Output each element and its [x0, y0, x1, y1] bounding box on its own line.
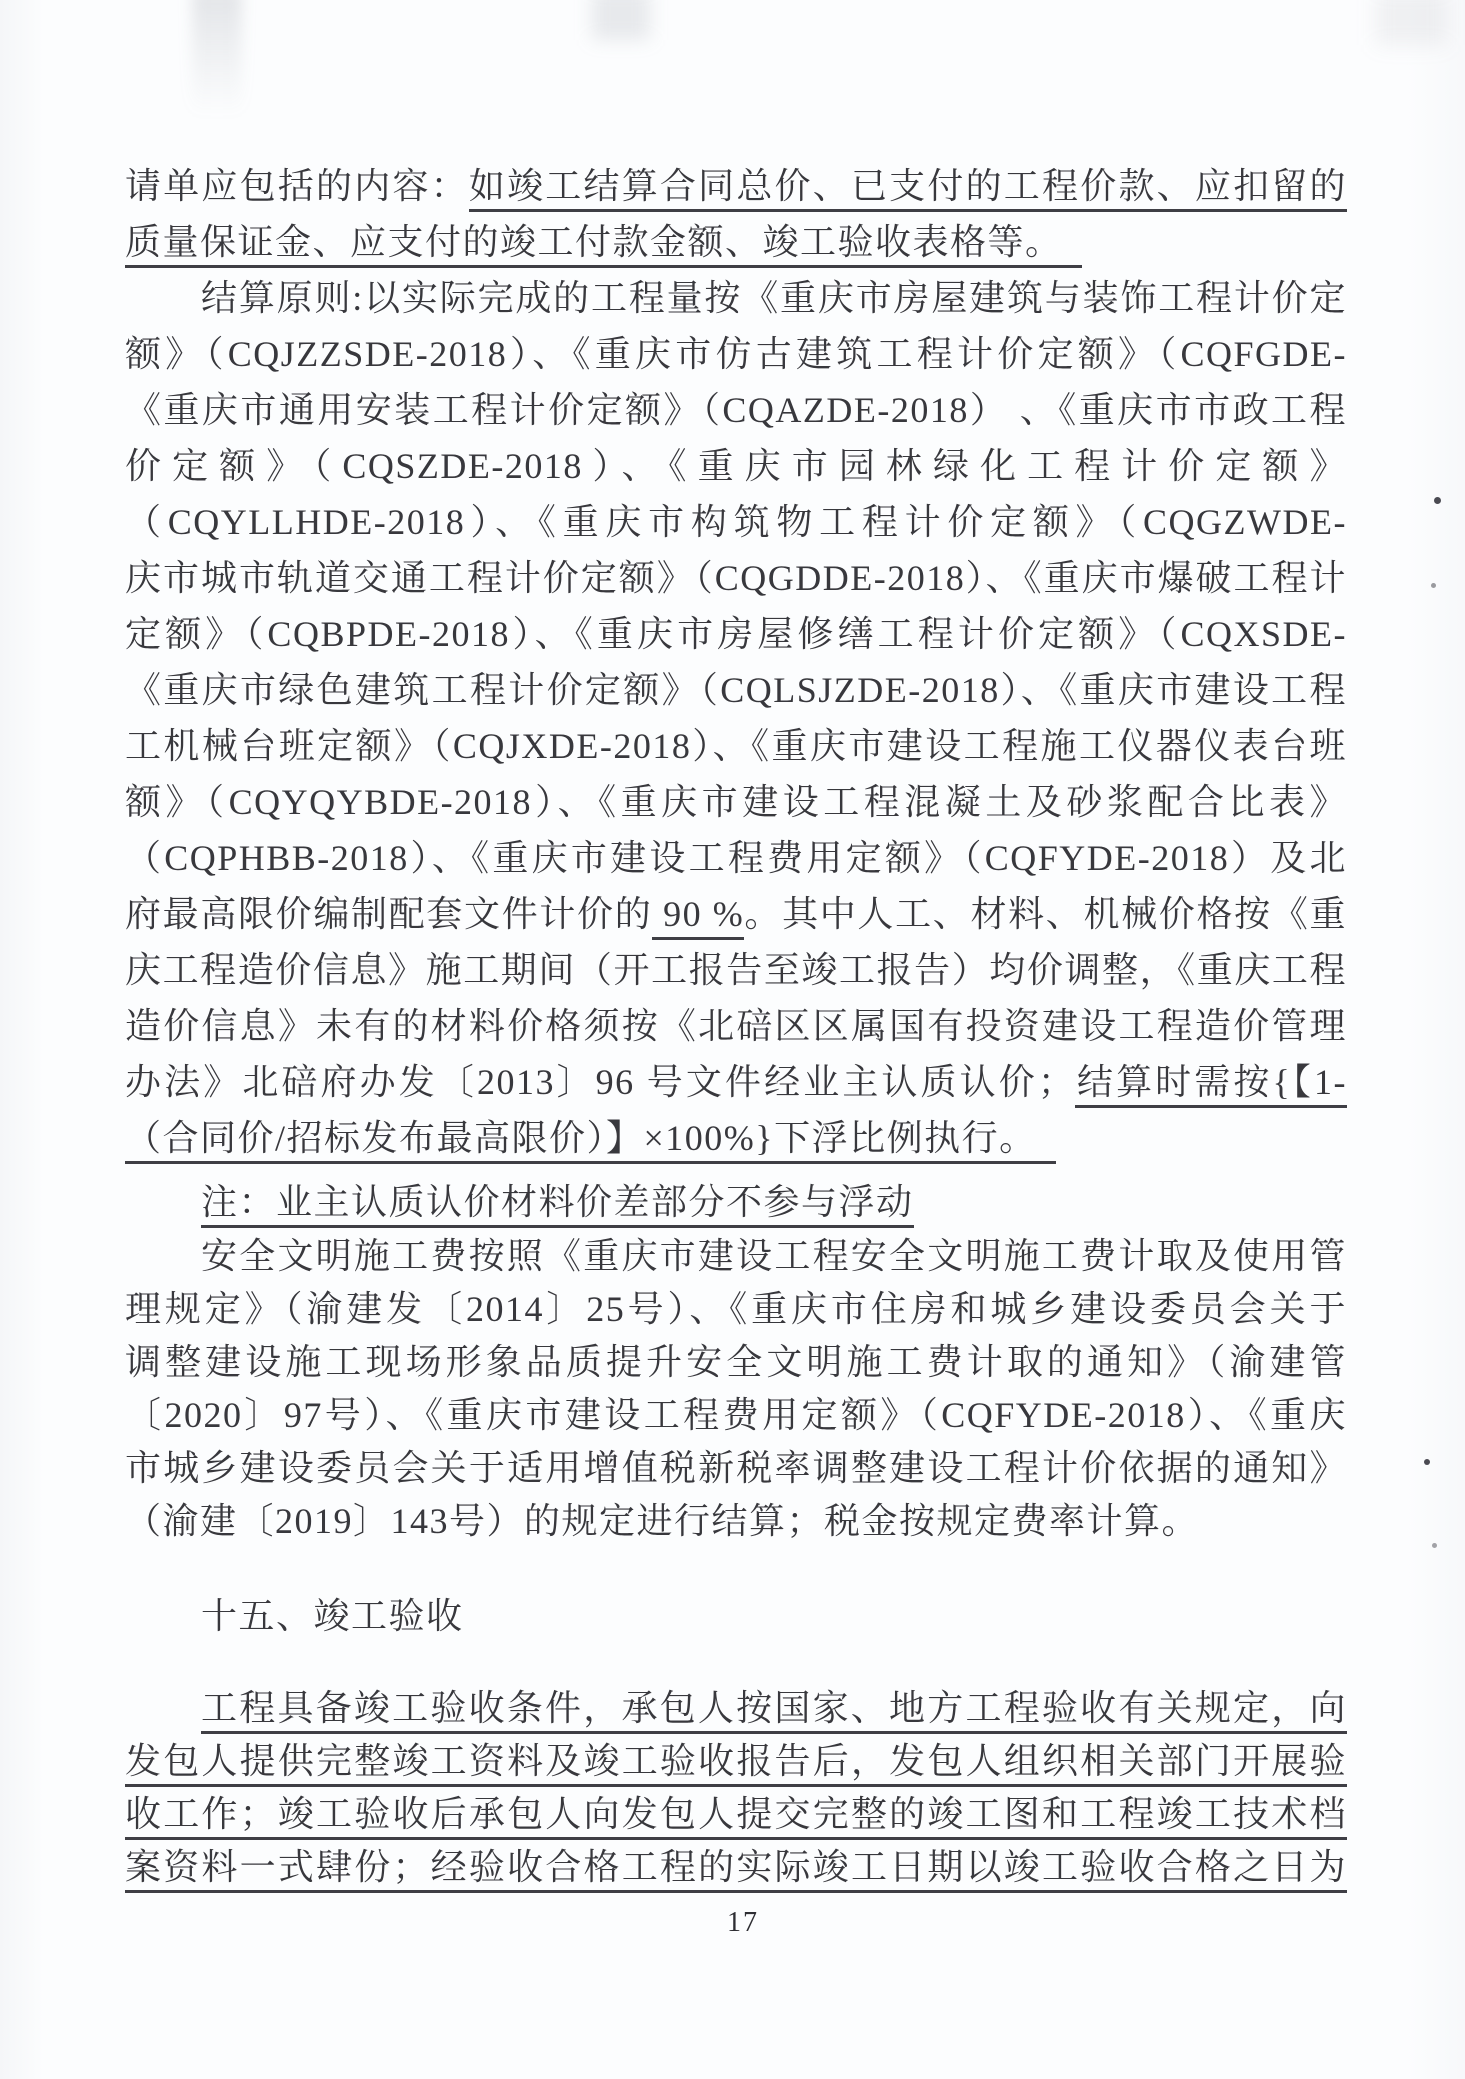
scan-smudge [1376, 0, 1446, 45]
text-line: 庆市城市轨道交通工程计价定额》（CQGDDE-2018）、《重庆市爆破工程计价 [125, 550, 1347, 606]
para-safety-fee: 安全文明施工费按照《重庆市建设工程安全文明施工费计取及使用管理规定》（渝建发〔2… [125, 1230, 1347, 1548]
text-line: 十五、竣工验收 [125, 1588, 1347, 1644]
underlined-text-segment: 案资料一式肆份；经验收合格工程的实际竣工日期以竣工验收合格之日为 [125, 1847, 1347, 1893]
text-line: 收工作；竣工验收后承包人向发包人提交完整的竣工图和工程竣工技术档 [125, 1788, 1347, 1841]
text-segment: 十五、竣工验收 [201, 1596, 464, 1636]
text-segment: 府最高限价编制配套文件计价的 [125, 894, 652, 934]
section-heading: 十五、竣工验收 [125, 1588, 1347, 1644]
text-segment: 庆市城市轨道交通工程计价定额》（CQGDDE-2018）、《重庆市爆破工程计价 [125, 558, 1347, 606]
scanned-document-page: 请单应包括的内容：如竣工结算合同总价、已支付的工程价款、应扣留的质量保证金、应支… [0, 0, 1465, 2079]
text-segment: 请单应包括的内容： [125, 166, 469, 206]
text-segment: 安全文明施工费按照《重庆市建设工程安全文明施工费计取及使用管 [201, 1236, 1347, 1276]
text-line: 〔2020〕97号）、《重庆市建设工程费用定额》（CQFYDE-2018）、《重… [125, 1389, 1347, 1442]
text-line: （CQYLLHDE-2018）、《重庆市构筑物工程计价定额》（CQGZWDE-2… [125, 494, 1347, 550]
text-line: 额》（CQYQYBDE-2018）、《重庆市建设工程混凝土及砂浆配合比表》 [125, 774, 1347, 830]
underlined-text-segment: 90 % [652, 894, 744, 940]
text-segment: 市城乡建设委员会关于适用增值税新税率调整建设工程计价依据的通知》 [125, 1448, 1347, 1488]
underlined-text-segment: 注：业主认质认价材料价差部分不参与浮动 [201, 1182, 914, 1228]
text-line: 安全文明施工费按照《重庆市建设工程安全文明施工费计取及使用管 [125, 1230, 1347, 1283]
text-segment: 〔2020〕97号）、《重庆市建设工程费用定额》（CQFYDE-2018）、《重… [125, 1395, 1347, 1435]
text-segment: 理规定》（渝建发〔2014〕25号）、《重庆市住房和城乡建设委员会关于 [125, 1289, 1347, 1329]
page-number: 17 [125, 1906, 1347, 1940]
underlined-text-segment: 如竣工结算合同总价、已支付的工程价款、应扣留的 [469, 166, 1347, 212]
text-line: 结算原则:以实际完成的工程量按《重庆市房屋建筑与装饰工程计价定 [125, 270, 1347, 326]
text-line: 注：业主认质认价材料价差部分不参与浮动 [125, 1174, 1347, 1230]
text-line: 理规定》（渝建发〔2014〕25号）、《重庆市住房和城乡建设委员会关于 [125, 1283, 1347, 1336]
text-line: 庆工程造价信息》施工期间（开工报告至竣工报告）均价调整，《重庆工程 [125, 942, 1347, 998]
note-price-adjustment: 注：业主认质认价材料价差部分不参与浮动 [125, 1174, 1347, 1230]
scan-speck [1432, 1543, 1437, 1548]
text-line: 发包人提供完整竣工资料及竣工验收报告后，发包人组织相关部门开展验 [125, 1735, 1347, 1788]
underlined-text-segment: （合同价/招标发布最高限价）】×100%}下浮比例执行。 [125, 1118, 1056, 1164]
para-invoice-content: 请单应包括的内容：如竣工结算合同总价、已支付的工程价款、应扣留的质量保证金、应支… [125, 158, 1347, 270]
underlined-text-segment: 工程具备竣工验收条件，承包人按国家、地方工程验收有关规定，向 [201, 1688, 1347, 1734]
text-line: 造价信息》未有的材料价格须按《北碚区区属国有投资建设工程造价管理 [125, 998, 1347, 1054]
scan-speck [1434, 497, 1441, 504]
underlined-text-segment: 收工作；竣工验收后承包人向发包人提交完整的竣工图和工程竣工技术档 [125, 1794, 1347, 1840]
text-line: 工机械台班定额》（CQJXDE-2018）、《重庆市建设工程施工仪器仪表台班定 [125, 718, 1347, 774]
text-segment: （渝建〔2019〕143号）的规定进行结算；税金按规定费率计算。 [125, 1501, 1199, 1541]
text-line: 质量保证金、应支付的竣工付款金额、竣工验收表格等。 [125, 214, 1347, 270]
text-segment: 工机械台班定额》（CQJXDE-2018）、《重庆市建设工程施工仪器仪表台班定 [125, 726, 1347, 774]
text-segment: （CQPHBB-2018）、《重庆市建设工程费用定额》（CQFYDE-2018）… [125, 838, 1347, 886]
text-line: 《重庆市绿色建筑工程计价定额》（CQLSJZDE-2018）、《重庆市建设工程施 [125, 662, 1347, 718]
text-segment: 庆工程造价信息》施工期间（开工报告至竣工报告）均价调整，《重庆工程 [125, 950, 1347, 990]
para-settlement-principles: 结算原则:以实际完成的工程量按《重庆市房屋建筑与装饰工程计价定额》（CQJZZS… [125, 270, 1347, 1166]
text-line: 定额》（CQBPDE-2018）、《重庆市房屋修缮工程计价定额》（CQXSDE-… [125, 606, 1347, 662]
text-segment: 《重庆市通用安装工程计价定额》（CQAZDE-2018） 、《重庆市市政工程计 [125, 390, 1347, 438]
text-segment: 额》（CQJZZSDE-2018）、《重庆市仿古建筑工程计价定额》（CQFGDE… [125, 334, 1347, 382]
text-segment: 《重庆市绿色建筑工程计价定额》（CQLSJZDE-2018）、《重庆市建设工程施 [125, 670, 1347, 718]
text-segment: 结算原则:以实际完成的工程量按《重庆市房屋建筑与装饰工程计价定 [201, 278, 1347, 318]
text-line: 府最高限价编制配套文件计价的 90 %。其中人工、材料、机械价格按《重 [125, 886, 1347, 942]
text-line: 额》（CQJZZSDE-2018）、《重庆市仿古建筑工程计价定额》（CQFGDE… [125, 326, 1347, 382]
text-segment: 价定额》（CQSZDE-2018）、《重庆市园林绿化工程计价定额》 [125, 446, 1347, 486]
text-line: 工程具备竣工验收条件，承包人按国家、地方工程验收有关规定，向 [125, 1682, 1347, 1735]
underlined-text-segment: 质量保证金、应支付的竣工付款金额、竣工验收表格等。 [125, 222, 1082, 268]
text-segment: 办法》北碚府办发〔2013〕96 号文件经业主认质认价； [125, 1062, 1075, 1102]
text-line: 市城乡建设委员会关于适用增值税新税率调整建设工程计价依据的通知》 [125, 1442, 1347, 1495]
text-line: 价定额》（CQSZDE-2018）、《重庆市园林绿化工程计价定额》 [125, 438, 1347, 494]
text-line: 办法》北碚府办发〔2013〕96 号文件经业主认质认价；结算时需按{【1- [125, 1054, 1347, 1110]
text-segment: （CQYLLHDE-2018）、《重庆市构筑物工程计价定额》（CQGZWDE-2… [125, 502, 1347, 550]
text-segment: 。其中人工、材料、机械价格按《重 [744, 894, 1347, 934]
text-line: 案资料一式肆份；经验收合格工程的实际竣工日期以竣工验收合格之日为 [125, 1841, 1347, 1894]
document-body: 请单应包括的内容：如竣工结算合同总价、已支付的工程价款、应扣留的质量保证金、应支… [125, 0, 1347, 1940]
text-line: 请单应包括的内容：如竣工结算合同总价、已支付的工程价款、应扣留的 [125, 158, 1347, 214]
text-line: （渝建〔2019〕143号）的规定进行结算；税金按规定费率计算。 [125, 1495, 1347, 1548]
text-line: （合同价/招标发布最高限价）】×100%}下浮比例执行。 [125, 1110, 1347, 1166]
text-segment: 定额》（CQBPDE-2018）、《重庆市房屋修缮工程计价定额》（CQXSDE-… [125, 614, 1347, 662]
text-segment: 造价信息》未有的材料价格须按《北碚区区属国有投资建设工程造价管理 [125, 1006, 1347, 1046]
text-line: （CQPHBB-2018）、《重庆市建设工程费用定额》（CQFYDE-2018）… [125, 830, 1347, 886]
para-completion-acceptance: 工程具备竣工验收条件，承包人按国家、地方工程验收有关规定，向发包人提供完整竣工资… [125, 1682, 1347, 1894]
underlined-text-segment: 发包人提供完整竣工资料及竣工验收报告后，发包人组织相关部门开展验 [125, 1741, 1347, 1787]
scan-speck [1424, 1459, 1430, 1465]
text-line: 《重庆市通用安装工程计价定额》（CQAZDE-2018） 、《重庆市市政工程计 [125, 382, 1347, 438]
text-line: 调整建设施工现场形象品质提升安全文明施工费计取的通知》（渝建管 [125, 1336, 1347, 1389]
text-segment: 调整建设施工现场形象品质提升安全文明施工费计取的通知》（渝建管 [125, 1342, 1347, 1382]
underlined-text-segment: 结算时需按{【1- [1075, 1062, 1347, 1108]
text-segment: 额》（CQYQYBDE-2018）、《重庆市建设工程混凝土及砂浆配合比表》 [125, 782, 1347, 822]
scan-speck [1431, 583, 1436, 588]
